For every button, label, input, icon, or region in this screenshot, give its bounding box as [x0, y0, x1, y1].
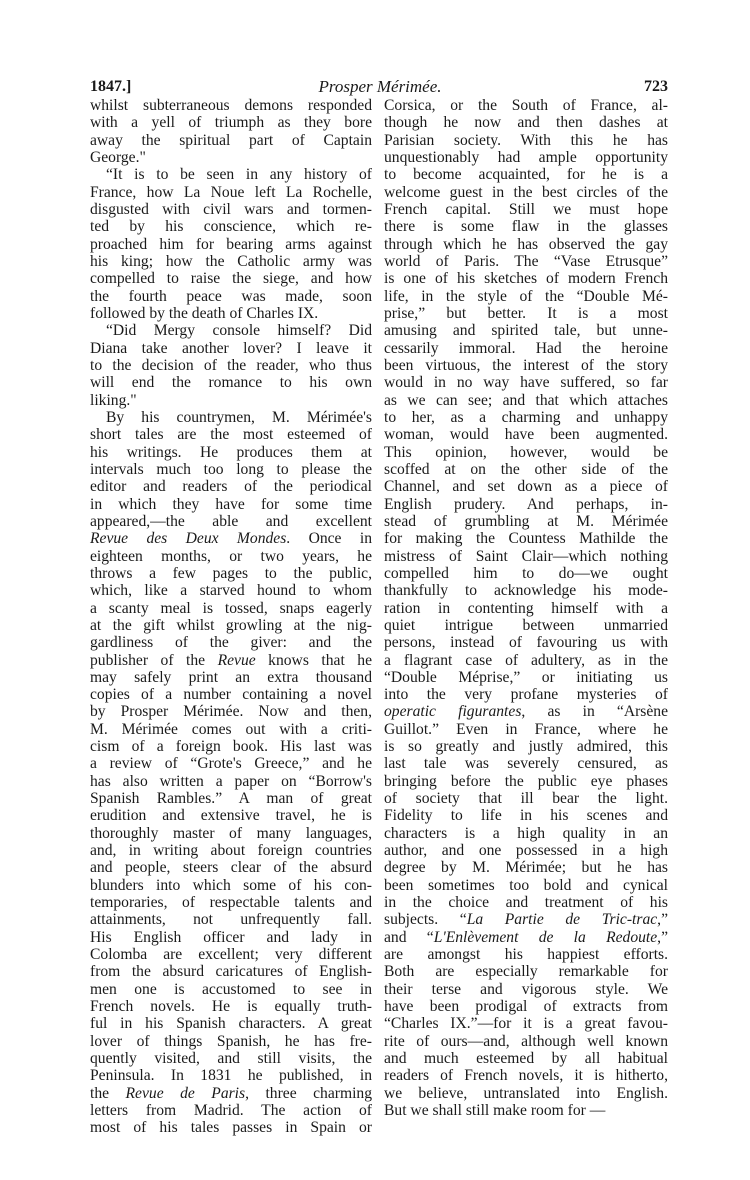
text-line: persons, instead of favouring us with — [384, 634, 668, 651]
text-line: the Revue de Paris, three charming — [90, 1085, 372, 1102]
text-line: to become acquainted, for he is a — [384, 166, 668, 183]
page-number: 723 — [644, 77, 668, 97]
text-line: author, and one possessed in a high — [384, 842, 668, 859]
text-line: in the choice and treatment of his — [384, 894, 668, 911]
text-line: men one is accustomed to see in — [90, 981, 372, 998]
text-line: which, like a starved hound to whom — [90, 582, 372, 599]
book-page: 1847.] Prosper Mérimée. 723 whilst subte… — [0, 0, 750, 1180]
text-line: erudition and extensive travel, he is — [90, 807, 372, 824]
text-line: and people, steers clear of the absurd — [90, 859, 372, 876]
text-line: is so greatly and justly admired, this — [384, 738, 668, 755]
text-line: Colomba are excellent; very different — [90, 946, 372, 963]
text-line: in which they have for some time — [90, 496, 372, 513]
text-line: mistress of Saint Clair—which nothing — [384, 548, 668, 565]
text-line: prise,” but better. It is a most — [384, 305, 668, 322]
text-line: Both are especially remarkable for — [384, 963, 668, 980]
text-line: gardliness of the giver: and the — [90, 634, 372, 651]
text-line: “Double Méprise,” or initiating us — [384, 669, 668, 686]
text-line: by Prosper Mérimée. Now and then, — [90, 703, 372, 720]
text-line: By his countrymen, M. Mérimée's — [90, 409, 372, 426]
text-line: ted by his conscience, which re- — [90, 218, 372, 235]
text-line: ration in contenting himself with a — [384, 600, 668, 617]
text-line: quiet intrigue between unmarried — [384, 617, 668, 634]
running-head-title: Prosper Mérimée. — [90, 77, 670, 97]
text-line: disgusted with civil wars and tormen- — [90, 201, 372, 218]
text-line: and “L'Enlèvement de la Redoute,” — [384, 929, 668, 946]
text-line: Diana take another lover? I leave it — [90, 340, 372, 357]
text-line: temporaries, of respectable talents and — [90, 894, 372, 911]
text-line: been sometimes too bold and cynical — [384, 877, 668, 894]
text-line: with a yell of triumph as they bore — [90, 114, 372, 131]
text-line: attainments, not unfrequently fall. — [90, 911, 372, 928]
text-line: letters from Madrid. The action of — [90, 1102, 372, 1119]
text-line: welcome guest in the best circles of the — [384, 184, 668, 201]
text-line: bringing before the public eye phases — [384, 773, 668, 790]
text-line: compelled to raise the siege, and how — [90, 270, 372, 287]
text-line: copies of a number containing a novel — [90, 686, 372, 703]
text-line: into the very profane mysteries of — [384, 686, 668, 703]
text-line: “It is to be seen in any history of — [90, 166, 372, 183]
running-head: 1847.] Prosper Mérimée. 723 — [90, 77, 670, 97]
text-line: to her, as a charming and unhappy — [384, 409, 668, 426]
text-line: thankfully to acknowledge his mode- — [384, 582, 668, 599]
text-line: are amongst his happiest efforts. — [384, 946, 668, 963]
text-line: This opinion, however, would be — [384, 444, 668, 461]
text-line: the fourth peace was made, soon — [90, 288, 372, 305]
left-column: whilst subterraneous demons respondedwit… — [90, 97, 372, 1137]
text-line: compelled him to do—we ought — [384, 565, 668, 582]
text-line: Channel, and set down as a piece of — [384, 478, 668, 495]
text-line: his writings. He produces them at — [90, 444, 372, 461]
text-line: of society that ill bear the light. — [384, 790, 668, 807]
text-line: for making the Countess Mathilde the — [384, 530, 668, 547]
text-line: “Charles IX.”—for it is a great favou- — [384, 1015, 668, 1032]
text-line: quently visited, and still visits, the — [90, 1050, 372, 1067]
text-line: and much esteemed by all habitual — [384, 1050, 668, 1067]
text-line: have been prodigal of extracts from — [384, 998, 668, 1015]
text-line: whilst subterraneous demons responded — [90, 97, 372, 114]
text-line: has also written a paper on “Borrow's — [90, 773, 372, 790]
text-line: appeared,—the able and excellent — [90, 513, 372, 530]
text-line: But we shall still make room for — — [384, 1102, 668, 1119]
text-line: “Did Mergy console himself? Did — [90, 322, 372, 339]
text-line: short tales are the most esteemed of — [90, 426, 372, 443]
text-line: stead of grumbling at M. Mérimée — [384, 513, 668, 530]
text-line: proached him for bearing arms against — [90, 236, 372, 253]
text-line: away the spiritual part of Captain — [90, 132, 372, 149]
text-line: Revue des Deux Mondes. Once in — [90, 530, 372, 547]
text-line: their terse and vigorous style. We — [384, 981, 668, 998]
text-line: operatic figurantes, as in “Arsène — [384, 703, 668, 720]
text-line: ful in his Spanish characters. A great — [90, 1015, 372, 1032]
text-line: from the absurd caricatures of English- — [90, 963, 372, 980]
text-line: lover of things Spanish, he has fre- — [90, 1033, 372, 1050]
text-line: woman, would have been augmented. — [384, 426, 668, 443]
text-line: eighteen months, or two years, he — [90, 548, 372, 565]
text-line: French capital. Still we must hope — [384, 201, 668, 218]
text-line: there is some flaw in the glasses — [384, 218, 668, 235]
text-line: publisher of the Revue knows that he — [90, 652, 372, 669]
text-line: and, in writing about foreign countries — [90, 842, 372, 859]
text-line: to the decision of the reader, who thus — [90, 357, 372, 374]
text-line: a flagrant case of adultery, as in the — [384, 652, 668, 669]
text-line: cism of a foreign book. His last was — [90, 738, 372, 755]
text-line: may safely print an extra thousand — [90, 669, 372, 686]
text-line: cessarily immoral. Had the heroine — [384, 340, 668, 357]
text-line: Corsica, or the South of France, al- — [384, 97, 668, 114]
text-line: English prudery. And perhaps, in- — [384, 496, 668, 513]
text-line: world of Paris. The “Vase Etrusque” — [384, 253, 668, 270]
text-line: throws a few pages to the public, — [90, 565, 372, 582]
text-line: French novels. He is equally truth- — [90, 998, 372, 1015]
text-line: amusing and spirited tale, but unne- — [384, 322, 668, 339]
text-line: will end the romance to his own — [90, 374, 372, 391]
text-line: intervals much too long to please the — [90, 461, 372, 478]
text-line: his king; how the Catholic army was — [90, 253, 372, 270]
text-line: characters is a high quality in an — [384, 825, 668, 842]
text-line: thoroughly master of many languages, — [90, 825, 372, 842]
text-line: Spanish Rambles.” A man of great — [90, 790, 372, 807]
text-line: His English officer and lady in — [90, 929, 372, 946]
text-line: France, how La Noue left La Rochelle, — [90, 184, 372, 201]
text-line: a review of “Grote's Greece,” and he — [90, 755, 372, 772]
text-line: editor and readers of the periodical — [90, 478, 372, 495]
text-line: last tale was severely censured, as — [384, 755, 668, 772]
text-line: Parisian society. With this he has — [384, 132, 668, 149]
text-line: degree by M. Mérimée; but he has — [384, 859, 668, 876]
text-line: at the gift whilst growling at the nig- — [90, 617, 372, 634]
text-line: Guillot.” Even in France, where he — [384, 721, 668, 738]
text-line: George." — [90, 149, 372, 166]
text-line: life, in the style of the “Double Mé- — [384, 288, 668, 305]
text-line: scoffed at on the other side of the — [384, 461, 668, 478]
text-line: Fidelity to life in his scenes and — [384, 807, 668, 824]
text-line: as we can see; and that which attaches — [384, 392, 668, 409]
text-line: though he now and then dashes at — [384, 114, 668, 131]
text-line: a scanty meal is tossed, snaps eagerly — [90, 600, 372, 617]
text-line: would in no way have suffered, so far — [384, 374, 668, 391]
text-line: liking." — [90, 392, 372, 409]
text-line: readers of French novels, it is hitherto… — [384, 1067, 668, 1084]
text-line: rite of ours—and, although well known — [384, 1033, 668, 1050]
text-line: unquestionably had ample opportunity — [384, 149, 668, 166]
text-line: most of his tales passes in Spain or — [90, 1119, 372, 1136]
right-column: Corsica, or the South of France, al-thou… — [384, 97, 668, 1119]
text-line: blunders into which some of his con- — [90, 877, 372, 894]
text-line: is one of his sketches of modern French — [384, 270, 668, 287]
text-line: followed by the death of Charles IX. — [90, 305, 372, 322]
text-line: M. Mérimée comes out with a criti- — [90, 721, 372, 738]
text-line: Peninsula. In 1831 he published, in — [90, 1067, 372, 1084]
text-line: we believe, untranslated into English. — [384, 1085, 668, 1102]
text-line: subjects. “La Partie de Tric-trac,” — [384, 911, 668, 928]
text-line: been virtuous, the interest of the story — [384, 357, 668, 374]
text-line: through which he has observed the gay — [384, 236, 668, 253]
